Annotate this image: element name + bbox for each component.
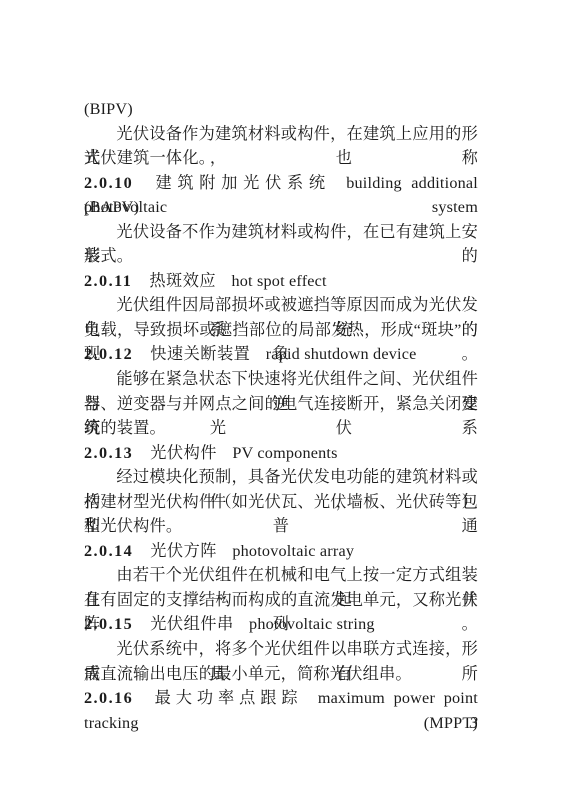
term-abbreviation-bipv: (BIPV) (84, 97, 478, 122)
clause-number: 2.0.16 (84, 689, 133, 707)
term-chinese: 光伏构件 (150, 444, 217, 462)
term-english: PV components (232, 444, 337, 462)
definition-heading-2-0-10: 2.0.10建筑附加光伏系统building additional photov… (84, 171, 478, 196)
terminology-text-block: (BIPV) 光伏设备作为建筑材料或构件，在建筑上应用的形式，也称 光伏建筑一体… (84, 97, 478, 735)
term-chinese: 快速关断装置 (150, 345, 250, 363)
clause-number: 2.0.10 (84, 174, 133, 192)
body-line: 负载，导致损坏或遮挡部位的局部发热，形成“斑块”的现象。 (84, 318, 478, 343)
body-line: 且有固定的支撑结构而构成的直流发电单元，又称光伏阵列。 (84, 588, 478, 613)
clause-number: 2.0.13 (84, 444, 133, 462)
term-chinese: 光伏组件串 (150, 615, 233, 633)
term-english: photovoltaic array (232, 542, 354, 560)
document-page: (BIPV) 光伏设备作为建筑材料或构件，在建筑上应用的形式，也称 光伏建筑一体… (0, 0, 561, 804)
body-line: 光伏设备作为建筑材料或构件，在建筑上应用的形式，也称 (84, 122, 478, 147)
clause-number: 2.0.14 (84, 542, 133, 560)
body-line: 光伏组件因局部损坏或被遮挡等原因而成为光伏发电系统的 (84, 293, 478, 318)
definition-heading-2-0-14: 2.0.14光伏方阵photovoltaic array (84, 539, 478, 564)
body-line: 光伏系统中，将多个光伏组件以串联方式连接，形成具有所 (84, 637, 478, 662)
body-line: 经过模块化预制，具备光伏发电功能的建筑材料或构件，包 (84, 465, 478, 490)
body-line: 由若干个光伏组件在机械和电气上按一定方式组装在一起并 (84, 563, 478, 588)
clause-number: 2.0.12 (84, 345, 133, 363)
definition-heading-2-0-11: 2.0.11热斑效应hot spot effect (84, 269, 478, 294)
term-english: rapid shutdown device (266, 345, 417, 363)
term-chinese: 热斑效应 (149, 272, 216, 290)
definition-heading-2-0-13: 2.0.13光伏构件PV components (84, 441, 478, 466)
clause-number: 2.0.11 (84, 272, 132, 290)
body-line: 器、逆变器与并网点之间的电气连接断开，紧急关闭建筑光伏系 (84, 392, 478, 417)
body-line: 能够在紧急状态下快速将光伏组件之间、光伏组件与逆变 (84, 367, 478, 392)
body-line: 括建材型光伏构件（如光伏瓦、光伏墙板、光伏砖等）和普通 (84, 490, 478, 515)
term-chinese: 最大功率点跟踪 (150, 689, 302, 707)
term-english: hot spot effect (231, 272, 326, 290)
term-english: photovoltaic string (249, 615, 375, 633)
body-line: 光伏设备不作为建筑材料或构件，在已有建筑上安装的 (84, 220, 478, 245)
definition-heading-2-0-16: 2.0.16最大功率点跟踪maximum power point trackin… (84, 686, 478, 711)
term-chinese: 建筑附加光伏系统 (150, 174, 331, 192)
clause-number: 2.0.15 (84, 615, 133, 633)
term-chinese: 光伏方阵 (150, 542, 217, 560)
